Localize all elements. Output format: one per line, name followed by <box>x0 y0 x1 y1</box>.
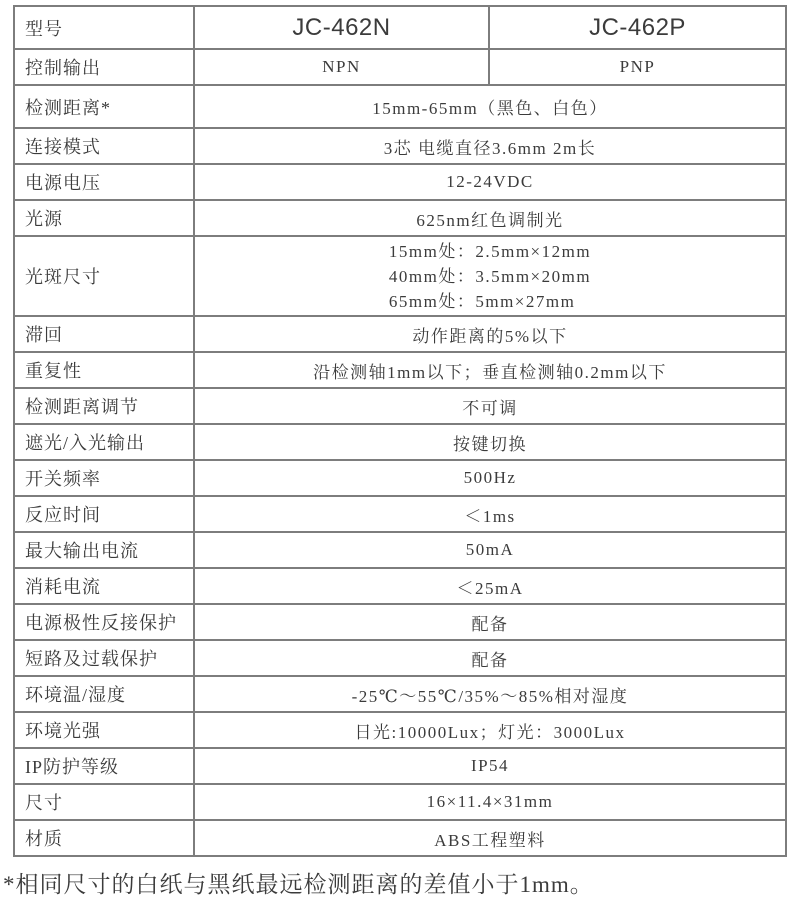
row-label: 光源 <box>14 200 194 236</box>
row-label: 电源电压 <box>14 164 194 200</box>
row-value: 配备 <box>194 640 786 676</box>
row-label: 短路及过载保护 <box>14 640 194 676</box>
row-label: 环境光强 <box>14 712 194 748</box>
table-row: 滞回 动作距离的5%以下 <box>14 316 786 352</box>
row-label: 尺寸 <box>14 784 194 820</box>
row-label: 环境温/湿度 <box>14 676 194 712</box>
row-label: IP防护等级 <box>14 748 194 784</box>
table-row-model: 型号 JC-462N JC-462P <box>14 6 786 49</box>
table-row: 重复性 沿检测轴1mm以下；垂直检测轴0.2mm以下 <box>14 352 786 388</box>
row-value: 16×11.4×31mm <box>194 784 786 820</box>
row-label-control-output: 控制输出 <box>14 49 194 85</box>
row-label: 遮光/入光输出 <box>14 424 194 460</box>
table-row: 检测距离调节 不可调 <box>14 388 786 424</box>
table-row-control-output: 控制输出 NPN PNP <box>14 49 786 85</box>
table-row: 遮光/入光输出 按键切换 <box>14 424 786 460</box>
row-value: 不可调 <box>194 388 786 424</box>
table-row: 最大输出电流 50mA <box>14 532 786 568</box>
row-label: 重复性 <box>14 352 194 388</box>
row-label: 材质 <box>14 820 194 856</box>
row-value: 12-24VDC <box>194 164 786 200</box>
row-value: 配备 <box>194 604 786 640</box>
table-row: 电源极性反接保护 配备 <box>14 604 786 640</box>
row-value: ＜1ms <box>194 496 786 532</box>
row-value: 日光:10000Lux；灯光：3000Lux <box>194 712 786 748</box>
row-label-model: 型号 <box>14 6 194 49</box>
table-row: 短路及过载保护 配备 <box>14 640 786 676</box>
row-value: 625nm红色调制光 <box>194 200 786 236</box>
row-value: 15mm处：2.5mm×12mm 40mm处：3.5mm×20mm 65mm处：… <box>194 236 786 316</box>
table-row: 反应时间 ＜1ms <box>14 496 786 532</box>
table-row: 消耗电流 ＜25mA <box>14 568 786 604</box>
control-output-npn: NPN <box>194 49 489 85</box>
table-row: 材质 ABS工程塑料 <box>14 820 786 856</box>
row-value: IP54 <box>194 748 786 784</box>
spec-sheet-page: 型号 JC-462N JC-462P 控制输出 NPN PNP 检测距离* 15… <box>0 0 800 912</box>
row-label: 检测距离调节 <box>14 388 194 424</box>
row-label: 消耗电流 <box>14 568 194 604</box>
table-row: 检测距离* 15mm-65mm（黑色、白色） <box>14 85 786 128</box>
row-label: 光斑尺寸 <box>14 236 194 316</box>
row-label: 最大输出电流 <box>14 532 194 568</box>
footnote: *相同尺寸的白纸与黑纸最远检测距离的差值小于1mm。 <box>3 866 797 899</box>
specification-table: 型号 JC-462N JC-462P 控制输出 NPN PNP 检测距离* 15… <box>13 5 787 857</box>
row-value: 500Hz <box>194 460 786 496</box>
row-value: 3芯 电缆直径3.6mm 2m长 <box>194 128 786 164</box>
table-row: 环境光强 日光:10000Lux；灯光：3000Lux <box>14 712 786 748</box>
control-output-pnp: PNP <box>489 49 786 85</box>
row-value: 按键切换 <box>194 424 786 460</box>
spot-size-lines: 15mm处：2.5mm×12mm 40mm处：3.5mm×20mm 65mm处：… <box>389 239 591 314</box>
row-value: 50mA <box>194 532 786 568</box>
table-row: 尺寸 16×11.4×31mm <box>14 784 786 820</box>
row-value: ABS工程塑料 <box>194 820 786 856</box>
row-label: 检测距离* <box>14 85 194 128</box>
row-label: 滞回 <box>14 316 194 352</box>
table-row: 连接模式 3芯 电缆直径3.6mm 2m长 <box>14 128 786 164</box>
model-name-jc462p: JC-462P <box>489 6 786 49</box>
table-row: 环境温/湿度 -25℃～55℃/35%～85%相对湿度 <box>14 676 786 712</box>
row-label: 反应时间 <box>14 496 194 532</box>
row-value: ＜25mA <box>194 568 786 604</box>
table-row: IP防护等级 IP54 <box>14 748 786 784</box>
table-row: 光斑尺寸 15mm处：2.5mm×12mm 40mm处：3.5mm×20mm 6… <box>14 236 786 316</box>
row-label: 电源极性反接保护 <box>14 604 194 640</box>
row-value: 动作距离的5%以下 <box>194 316 786 352</box>
row-label: 开关频率 <box>14 460 194 496</box>
model-name-jc462n: JC-462N <box>194 6 489 49</box>
row-value: -25℃～55℃/35%～85%相对湿度 <box>194 676 786 712</box>
row-label: 连接模式 <box>14 128 194 164</box>
table-row: 电源电压 12-24VDC <box>14 164 786 200</box>
row-value: 沿检测轴1mm以下；垂直检测轴0.2mm以下 <box>194 352 786 388</box>
table-row: 光源 625nm红色调制光 <box>14 200 786 236</box>
row-value: 15mm-65mm（黑色、白色） <box>194 85 786 128</box>
table-row: 开关频率 500Hz <box>14 460 786 496</box>
